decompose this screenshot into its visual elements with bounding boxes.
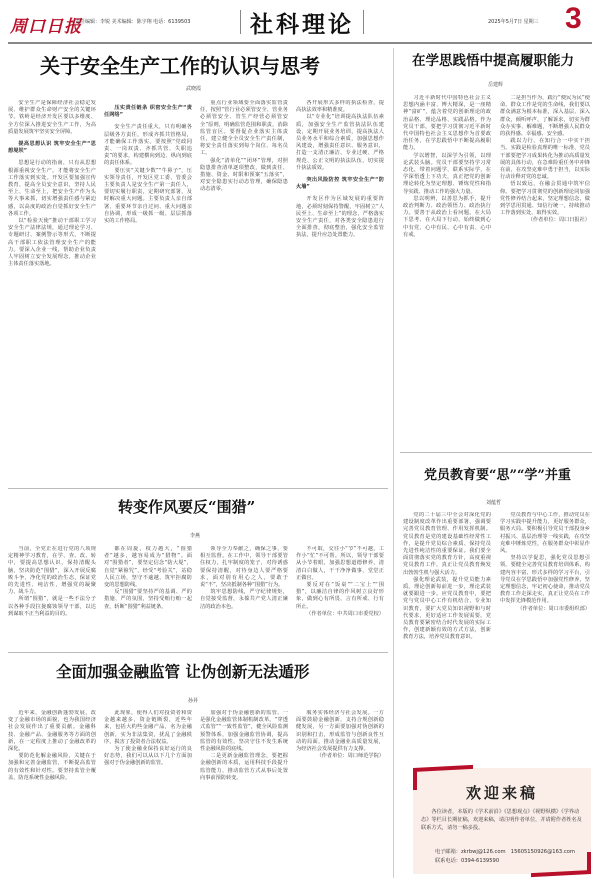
email-label: 电子邮箱：: [435, 849, 461, 855]
paragraph: 此现象，使得人们对投资者和资金越来越多，资金链断裂，近些年来，包括大约些金融产品…: [104, 710, 192, 746]
paragraph: 习近平新时代中国特色社会主义思想内涵丰富、博大精深，是一座精神“富矿”，蕴含着党…: [403, 95, 491, 153]
article-column: 党的二十届三中全会对深化党的建设制度改革作出重要部署，强调要完善党员教育管理、作…: [403, 512, 491, 752]
paragraph: 当前，全党正在进行党的八项规定精神学习教育，在学、查、改、转中，要提高思想认识，…: [8, 546, 96, 596]
article-author: 岳建辉: [488, 81, 503, 88]
masthead: 周口日报 责任编辑：李锐 美术编辑：陈宇翔 电话：6139503 社科理论 20…: [0, 0, 600, 42]
corner-accent: [587, 852, 591, 874]
author-affiliation: （作者单位：周口市委组织部）: [500, 606, 590, 613]
corner-accent: [531, 870, 591, 877]
author-affiliation: （作者单位：中共周口市委党校）: [296, 611, 384, 618]
article-author: 刘蕴哲: [486, 499, 501, 506]
page-number: 3: [565, 2, 582, 36]
article-title-study: 在学思践悟中提高履职能力: [412, 49, 574, 69]
article-title-party-education: 党员教育要“思”“学”并重: [424, 464, 571, 483]
subheading: 提高思想认识 筑牢安全生产“思想堤坝”: [8, 141, 96, 155]
notice-body: 各位读者，本版的《学术前沿》《思想观点》《视野纵横》《学界动态》等栏目长期征稿，…: [421, 808, 583, 832]
paragraph: 加强对于伪金融创新的监管。一是强化金融监管体制机制改革。“穿透式监管”“一致性监…: [200, 710, 288, 753]
section-divider: [8, 652, 388, 653]
paragraph: 为了使金融业保持良好运行的良好态势，我们可以从以下几个方面加强对于伪金融创新的监…: [104, 746, 192, 768]
paragraph: 重点行业领域要全面落实监管责任，按照“管行业必须管安全、管业务必须管安全、管生产…: [200, 100, 288, 158]
paragraph: 安全生产是保障经济社会稳定发展、维护群众生命财产安全的关键环节。铁岭是经济开发区…: [8, 100, 96, 136]
paragraph: 强化理论武装，提升党员能力素质。理论创新每前进一步，理论武装就要跟进一步。应党员…: [403, 577, 491, 642]
article-column: 不可取，交往小“节”不可越，工作小“忙”不可帮。所以，领导干部要从小节着眼，加强…: [296, 546, 384, 648]
call-for-submissions-box: 欢迎来稿 各位读者，本版的《学术前沿》《思想观点》《视野纵横》《学界动态》等栏目…: [413, 768, 591, 874]
article-column: 二是担当作为，践行“便民为民”使命。群众工作是党的生命线，我们要以群众满意为根本…: [500, 95, 590, 447]
paragraph: 要压实“关键少数”“牛鼻子”，压实领导责任，开发区党工委、管委会主要负责人是安全…: [104, 168, 192, 226]
paragraph: 不可取，交往小“节”不可越，工作小“忙”不可帮。所以，领导干部要从小节着眼，加强…: [296, 546, 384, 582]
subheading: 压实责任链条 织密安全生产“责任网络”: [104, 105, 192, 119]
article-column: 加强对于伪金融创新的监管。一是强化金融监管体制机制改革。“穿透式监管”“一致性监…: [200, 710, 288, 878]
corner-accent: [413, 765, 473, 772]
subheading: 突出风险防控 筑牢安全生产“防火墙”: [296, 177, 384, 191]
paragraph: 以“专业化”培训提高执法队伍素质，加强安全生产监管执法队伍建设，定期开展业务培训…: [296, 114, 384, 172]
article-column: 习近平新时代中国特色社会主义思想内涵丰富、博大精深，是一座精神“富矿”，蕴含着党…: [403, 95, 491, 447]
header-rule: [8, 42, 592, 44]
paragraph: 筑牢思想防线，严守纪律规矩，自觉接受监督，永葆共产党人清正廉洁的政治本色。: [200, 589, 288, 611]
article-title-finance: 全面加强金融监管 让伪创新无法遁形: [56, 660, 309, 682]
paragraph: 悟以致远，在融会贯通中筑牢信仰。要把学习贯彻党的创新理论同加强党性修养结合起来，…: [500, 181, 590, 217]
article-title-safety: 关于安全生产工作的认识与思考: [40, 50, 320, 79]
paragraph: 要反对在“饭桌”“二宝上”“围猎”，以廉洁自律的作风树立良好形象，做到心有所畏、…: [296, 582, 384, 611]
section-divider: [400, 452, 592, 453]
paragraph: 各开展形式多样的执法检查，提高执法效率和精准度。: [296, 100, 384, 114]
paragraph: 开发区作为区域发展的重要阵地，必须时刻保持警醒，牢固树立“人民至上、生命至上”的…: [296, 196, 384, 239]
phone-label: 联系电话：: [435, 858, 461, 864]
newspaper-logo: 周口日报: [10, 12, 82, 37]
paragraph: 践以力行，在知行合一中实干担当。实践是检验真理的唯一标准，党员干部要把学习成果转…: [500, 138, 590, 181]
article-column: 此现象，使得人们对投资者和资金越来越多，资金链断裂，近些年来，包括大约些金融产品…: [104, 710, 192, 878]
article-author: 孙昇: [188, 697, 198, 704]
notice-title: 欢迎来稿: [413, 782, 591, 803]
paragraph: 都在周旋，权力越大，“围猎者”越多，越容易成为“猎物”。面对“围猎者”，要坚定信…: [104, 546, 192, 589]
column-divider: [393, 48, 394, 878]
article-author: 李燕: [190, 532, 200, 539]
paragraph: 思以明辨，以善思为抓手，提升政治判断力、政治领悟力、政治执行力。要善于从政治上看…: [403, 196, 491, 239]
phone-number: 0394-6139590: [461, 858, 499, 864]
paragraph: 坚持以学促思，强化党员思想引领。要健全完善党员教育培训体系，构建内容丰富、形式多…: [500, 555, 590, 605]
paragraph: 二是更新金融监管理念，要把握金融创新的本质，运用科技手段提升监管能力，推动监管方…: [200, 753, 288, 782]
paragraph: 以“检验天使”推动干部职工学习安全生产法律法规，通过理论学习、专题研讨、案例警示…: [8, 218, 96, 268]
article-column: 安全生产是保障经济社会稳定发展、维护群众生命财产安全的关键环节。铁岭是经济开发区…: [8, 100, 96, 482]
article-column: 重点行业领域要全面落实监管责任，按照“管行业必须管安全、管业务必须管安全、管生产…: [200, 100, 288, 482]
paragraph: 要防范化解金融风险，关键在于加强和完善金融监管，不断提高监管的有效性和针对性。要…: [8, 753, 96, 782]
author-affiliation: （作者单位：周口日报社）: [500, 217, 590, 224]
article-column: 压实责任链条 织密安全生产“责任网络”安全生产责任重大，只有明确各层级各方责任，…: [104, 100, 192, 482]
paragraph: 反“围猎”要坚持严的基调、严的措施、严的氛围，坚持受贿行贿一起查，斩断“围猎”利…: [104, 589, 192, 611]
issue-date: 2025年5月7日 星期三: [488, 18, 539, 25]
section-title: 社科理论: [250, 6, 354, 39]
paragraph: 党员教育与中心工作，推动党员在学习实践中提升能力，更好服务群众，服务大局。要积极…: [500, 512, 590, 555]
author-affiliation: （作者单位：周口师范学院）: [296, 753, 384, 760]
divider: [240, 10, 241, 34]
article-column: 当前，全党正在进行党的八项规定精神学习教育，在学、查、改、转中，要提高思想认识，…: [8, 546, 96, 648]
article-title-anti-hunting: 转变作风要反“围猎”: [118, 496, 255, 517]
article-column: 各开展形式多样的执法检查，提高执法效率和精准度。以“专业化”培训提高执法队伍素质…: [296, 100, 384, 482]
article-column: 服务实体经济与社会发展。一方面要鼓励金融创新，支持合规创新稳健发展，另一方面要加…: [296, 710, 384, 878]
paragraph: 思想是行动的指南，只有从思想根源重视安全生产，才能将安全生产工作落实到实处。开发…: [8, 160, 96, 218]
paragraph: 二是担当作为，践行“便民为民”使命。群众工作是党的生命线，我们要以群众满意为根本…: [500, 95, 590, 138]
divider: [363, 10, 364, 34]
paragraph: 党的二十届三中全会对深化党的建设制度改革作出重要部署，强调要完善党员教育管理、作…: [403, 512, 491, 577]
article-column: 都在周旋，权力越大，“围猎者”越多，越容易成为“猎物”。面对“围猎者”，要坚定信…: [104, 546, 192, 648]
article-column: 党员教育与中心工作，推动党员在学习实践中提升能力，更好服务群众，服务大局。要积极…: [500, 512, 590, 752]
article-author: 武晓霞: [186, 85, 201, 92]
article-column: 领导全力奉献之，确保之事，要相互监督。在工作中，领导干部要管住权力，扎牢制度的笼…: [200, 546, 288, 648]
paragraph: 领导全力奉献之，确保之事，要相互监督。在工作中，领导干部要管住权力，扎牢制度的笼…: [200, 546, 288, 589]
paragraph: 学以增智，以深学为引领，以理论武装头脑。党员干部要坚持学习常态化，带着问题学、联…: [403, 153, 491, 196]
article-column: 近年来，金融创新蓬勃发展，改变了金融市场的面貌，也为我国经济社会发展作出了重要贡…: [8, 710, 96, 878]
section-divider: [8, 488, 388, 489]
paragraph: 所谓“围猎”，就是一些不法分子以各种手段拉拢腐蚀领导干部，以达到谋取不正当利益的…: [8, 596, 96, 618]
email-line: 电子邮箱：zkrbwj@126.com 15605150926@163.com: [435, 848, 575, 855]
paragraph: 强化“清单化”“闭环”管理，对照隐患排查清单逐项整改，做到责任、措施、资金、时限…: [200, 158, 288, 194]
phone-line: 联系电话：0394-6139590: [435, 857, 499, 864]
paragraph: 服务实体经济与社会发展。一方面要鼓励金融创新，支持合规创新稳健发展，另一方面要加…: [296, 710, 384, 753]
editor-credits: 责任编辑：李锐 美术编辑：陈宇翔 电话：6139503: [75, 18, 190, 25]
email-address[interactable]: zkrbwj@126.com 15605150926@163.com: [461, 849, 575, 855]
paragraph: 近年来，金融创新蓬勃发展，改变了金融市场的面貌，也为我国经济社会发展作出了重要贡…: [8, 710, 96, 753]
paragraph: 安全生产责任重大，只有明确各层级各方责任，形成齐抓共管格局，才能确保工作落实。要…: [104, 124, 192, 167]
